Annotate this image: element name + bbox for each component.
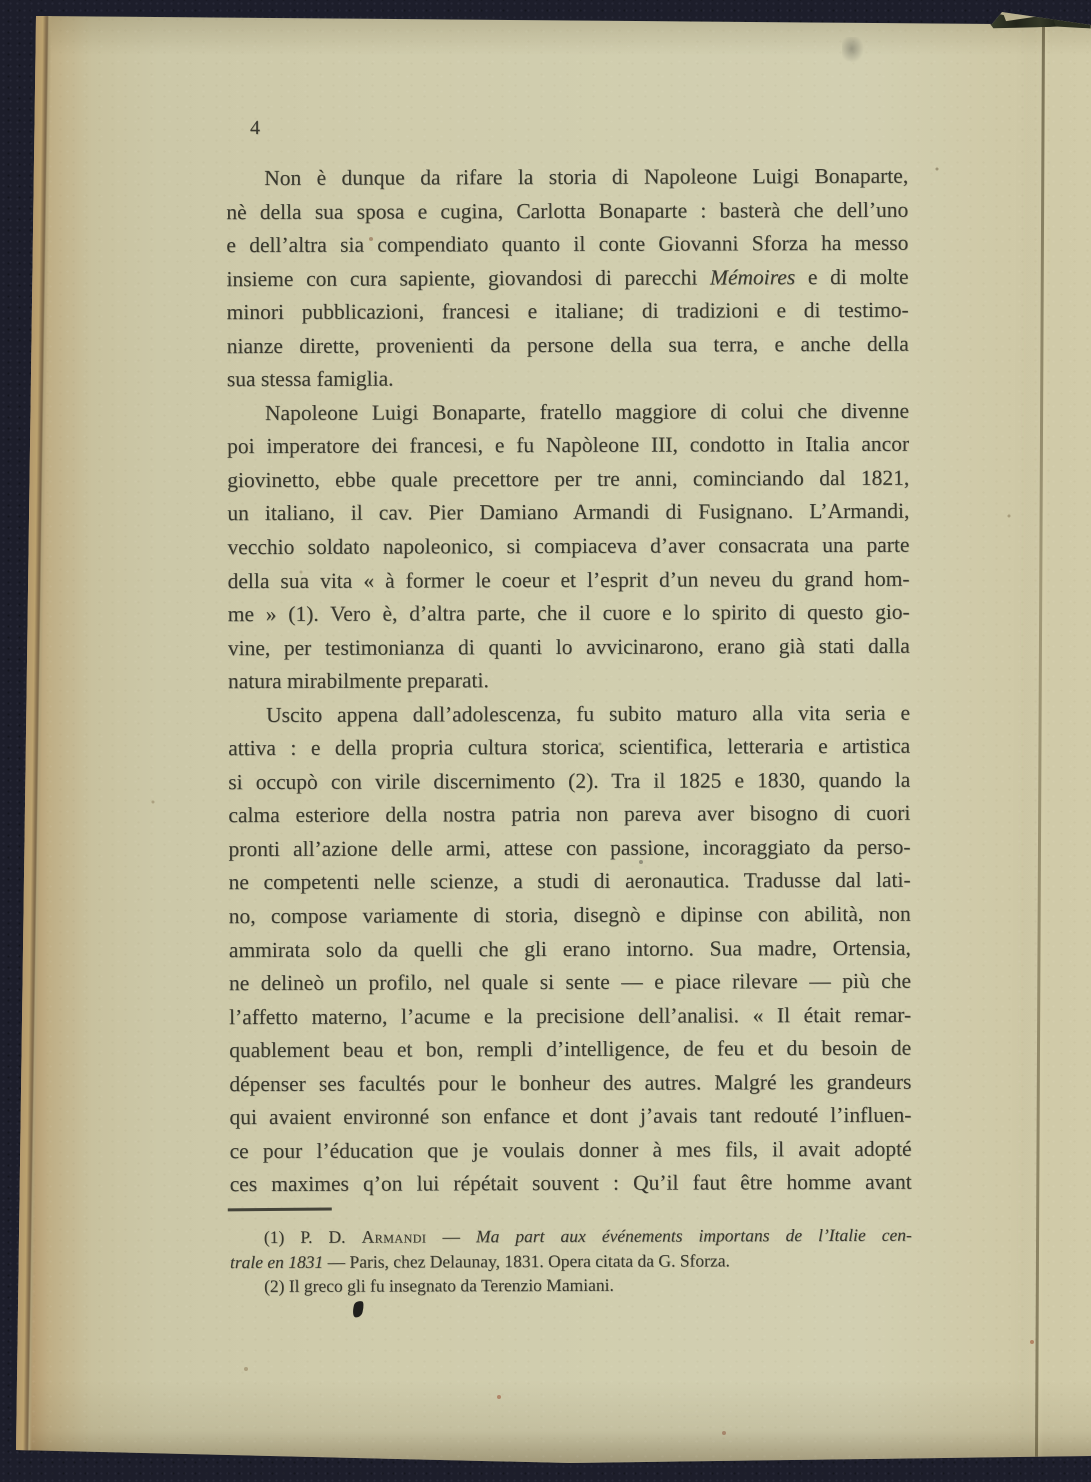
text-line: vine, per testimonianza di quanti lo avv… [228,629,910,665]
text-line: ces maximes q’on lui répétait souvent : … [230,1166,912,1202]
text-run: Uscito appena dall’adolescenza, fu subit… [266,700,910,726]
body-text: Non è dunque da rifare la storia di Napo… [226,160,912,1202]
text-line: ammirata solo da quelli che gli erano in… [229,931,911,967]
text-run: natura mirabilmente preparati. [228,668,489,693]
text-line: (2) Il greco gli fu insegnato da Terenzi… [230,1272,912,1299]
paper-speckles [0,0,2,2]
text-line: no, compose variamente di storia, disegn… [229,898,911,934]
italic-text: Ma part aux événements importans de l’It… [476,1225,912,1247]
text-run: insieme con cura sapiente, giovandosi di… [226,265,710,291]
text-line: trale en 1831 — Paris, chez Delaunay, 18… [230,1247,912,1274]
italic-text: Mémoires [710,265,795,289]
text-line: nianze dirette, provenienti da persone d… [227,327,909,363]
text-line: ne competenti nelle scienze, a studi di … [229,864,911,900]
text-line: pronti all’azione delle armi, attese con… [228,831,910,867]
text-run: ne competenti nelle scienze, a studi di … [229,868,911,894]
text-run: (1) P. D. [264,1227,362,1247]
text-line: calma esteriore della nostra patria non … [228,797,910,833]
text-run: e di molte [795,264,908,288]
text-line: Napoleone Luigi Bonaparte, fratello magg… [227,395,909,431]
text-run: un italiano, il cav. Pier Damiano Armand… [227,499,909,525]
text-run: ces maximes q’on lui répétait souvent : … [230,1170,912,1196]
text-line: ce pour l’éducation que je voulais donne… [230,1133,912,1169]
text-run: pronti all’azione delle armi, attese con… [228,835,910,861]
text-run: (2) Il greco gli fu insegnato da Terenzi… [264,1275,614,1296]
printed-text-layer: 4 Non è dunque da rifare la storia di Na… [0,0,1091,1482]
text-line: sua stessa famiglia. [227,361,909,397]
text-line: minori pubblicazioni, francesi e italian… [227,294,909,330]
text-line: quablement beau et bon, rempli d’intelli… [229,1032,911,1068]
text-line: giovinetto, ebbe quale precettore per tr… [227,462,909,498]
text-run: ammirata solo da quelli che gli erano in… [229,935,911,961]
text-run: calma esteriore della nostra patria non … [228,801,910,827]
book-page: 4 Non è dunque da rifare la storia di Na… [0,0,1091,1482]
text-line: poi imperatore dei francesi, e fu Napòle… [227,428,909,464]
text-line: si occupò con virile discernimento (2). … [228,764,910,800]
text-run: l’affetto materno, l’acume e la precisio… [229,1002,911,1028]
ink-blot [351,1300,365,1319]
text-line: ne delineò un profilo, nel quale si sent… [229,965,911,1001]
text-run: dépenser ses facultés pour le bonheur de… [229,1070,911,1096]
text-run: vine, per testimonianza di quanti lo avv… [228,633,910,659]
text-run: giovinetto, ebbe quale precettore per tr… [227,466,909,492]
text-line: me » (1). Vero è, d’altra parte, che il … [228,596,910,632]
text-line: qui avaient environné son enfance et don… [229,1099,911,1135]
page-number: 4 [250,117,260,140]
text-run: ne delineò un profilo, nel quale si sent… [229,969,911,995]
text-run: me » (1). Vero è, d’altra parte, che il … [228,600,910,626]
text-line: Non è dunque da rifare la storia di Napo… [226,160,908,196]
italic-text: trale en 1831 [230,1251,323,1271]
text-line: e dell’altra sia compendiato quanto il c… [226,227,908,263]
text-run: poi imperatore dei francesi, e fu Napòle… [227,432,909,458]
text-line: attiva : e della propria cultura storica… [228,730,910,766]
text-run: no, compose variamente di storia, disegn… [229,902,911,928]
text-run: attiva : e della propria cultura storica… [228,734,910,760]
text-run: quablement beau et bon, rempli d’intelli… [229,1036,911,1062]
text-line: insieme con cura sapiente, giovandosi di… [226,260,908,296]
text-line: natura mirabilmente preparati. [228,663,910,699]
text-run: — [426,1226,476,1246]
text-line: (1) P. D. Armandi — Ma part aux événemen… [230,1223,912,1250]
text-line: nè della sua sposa e cugina, Carlotta Bo… [226,193,908,229]
smallcaps-text: Armandi [362,1226,427,1246]
footnotes: (1) P. D. Armandi — Ma part aux événemen… [230,1223,912,1299]
text-run: qui avaient environné son enfance et don… [229,1103,911,1129]
text-line: un italiano, il cav. Pier Damiano Armand… [227,495,909,531]
footnote-rule [228,1207,332,1210]
text-run: e dell’altra sia compendiato quanto il c… [226,231,908,257]
text-line: dépenser ses facultés pour le bonheur de… [229,1066,911,1102]
scanned-book-photo: 4 Non è dunque da rifare la storia di Na… [0,0,1091,1482]
text-line: vecchio soldato napoleonico, si compiace… [227,529,909,565]
text-run: nè della sua sposa e cugina, Carlotta Bo… [226,197,908,223]
text-run: — Paris, chez Delaunay, 1831. Opera cita… [323,1250,730,1271]
text-line: della sua vita « à former le coeur et l’… [228,562,910,598]
text-run: nianze dirette, provenienti da persone d… [227,331,909,357]
text-line: l’affetto materno, l’acume e la precisio… [229,998,911,1034]
text-run: vecchio soldato napoleonico, si compiace… [227,533,909,559]
text-run: Napoleone Luigi Bonaparte, fratello magg… [265,399,909,425]
text-run: della sua vita « à former le coeur et l’… [228,566,910,592]
text-run: ce pour l’éducation que je voulais donne… [230,1137,912,1163]
text-run: si occupò con virile discernimento (2). … [228,768,910,794]
text-run: Non è dunque da rifare la storia di Napo… [264,164,908,190]
text-run: minori pubblicazioni, francesi e italian… [227,298,909,324]
text-run: sua stessa famiglia. [227,367,394,392]
text-line: Uscito appena dall’adolescenza, fu subit… [228,696,910,732]
